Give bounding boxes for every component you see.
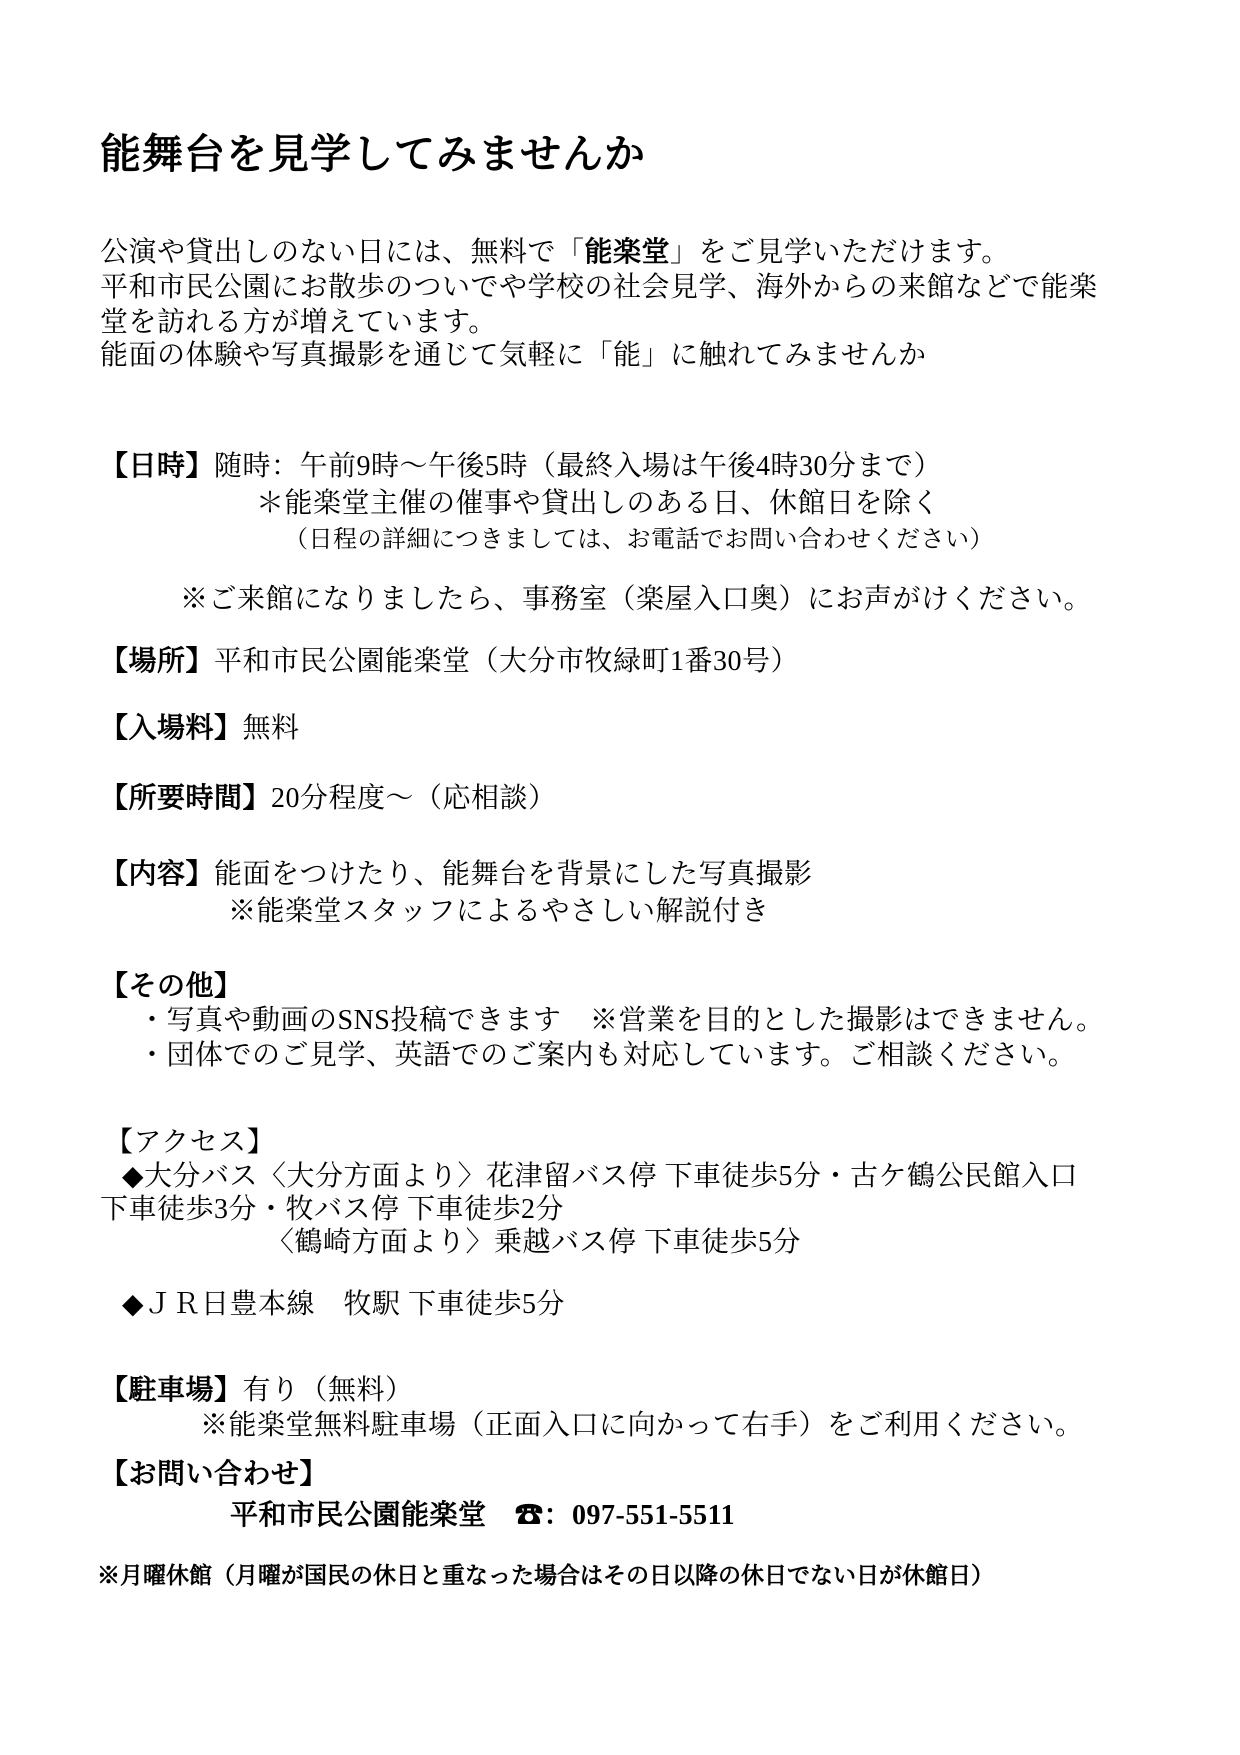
access-label: 【アクセス】 [105,1126,275,1160]
closed-day-note: ※月曜休館（月曜が国民の休日と重なった場合はその日以降の休日でない日が休館日） [97,1562,994,1590]
intro-line-1-post: 」をご見学いただけます。 [670,237,1010,268]
contact-label: 【お問い合わせ】 [100,1458,328,1492]
datetime-note-2: （日程の詳細につきましては、お電話でお問い合わせください） [284,526,994,555]
contact-name: 平和市民公園能楽堂 [230,1500,515,1531]
access-bus-1-cont: 下車徒歩3分・牧バス停 下車徒歩2分 [100,1193,564,1227]
intro-line-3: 堂を訪れる方が増えています。 [100,306,497,340]
intro-line-1: 公演や貸出しのない日には、無料で「能楽堂」をご見学いただけます。 [100,236,1010,270]
fee-label: 【入場料】 [100,713,243,744]
parking-value: 有り（無料） [243,1375,414,1406]
contact-phone: ：097-551-5511 [544,1500,736,1531]
section-datetime: 【日時】随時：午前9時～午後5時（最終入場は午後4時30分まで） [100,450,942,484]
others-item-1: ・写真や動画のSNS投稿できます ※営業を目的とした撮影はできません。 [138,1004,1105,1038]
duration-label: 【所要時間】 [100,783,271,814]
place-label: 【場所】 [100,646,214,677]
section-place: 【場所】平和市民公園能楽堂（大分市牧緑町1番30号） [100,645,799,679]
visit-note: ※ご来館になりましたら、事務室（楽屋入口奥）にお声がけください。 [180,583,1092,617]
page-title: 能舞台を見学してみませんか [100,130,646,179]
section-contents: 【内容】能面をつけたり、能舞台を背景にした写真撮影 [100,858,813,892]
intro-line-2: 平和市民公園にお散歩のついでや学校の社会見学、海外からの来館などで能楽 [100,271,1098,305]
fee-value: 無料 [243,713,300,744]
section-fee: 【入場料】無料 [100,712,300,746]
intro-line-1-pre: 公演や貸出しのない日には、無料で「 [100,237,585,268]
contact-line: 平和市民公園能楽堂 ☎：097-551-5511 [230,1499,735,1533]
phone-icon: ☎ [515,1500,544,1531]
others-label: 【その他】 [100,970,243,1004]
others-item-2: ・団体でのご見学、英語でのご案内も対応しています。ご相談ください。 [138,1039,1076,1073]
flyer-page: 能舞台を見学してみませんか 公演や貸出しのない日には、無料で「能楽堂」をご見学い… [0,0,1240,1755]
section-parking: 【駐車場】有り（無料） [100,1374,414,1408]
intro-line-1-emphasis: 能楽堂 [585,237,671,268]
access-bus-1: ◆大分バス〈大分方面より〉花津留バス停 下車徒歩5分・古ケ鶴公民館入口 [122,1160,1078,1194]
duration-value: 20分程度～（応相談） [271,783,557,814]
datetime-note-1: ＊能楽堂主催の催事や貸出しのある日、休館日を除く [256,487,940,521]
parking-label: 【駐車場】 [100,1375,243,1406]
contents-note: ※能楽堂スタッフによるやさしい解説付き [228,895,770,929]
place-value: 平和市民公園能楽堂（大分市牧緑町1番30号） [214,646,799,677]
datetime-value: 随時：午前9時～午後5時（最終入場は午後4時30分まで） [214,451,942,482]
datetime-label: 【日時】 [100,451,214,482]
contents-label: 【内容】 [100,859,214,890]
access-train: ◆ＪＲ日豊本線 牧駅 下車徒歩5分 [122,1288,565,1322]
access-bus-2: 〈鶴崎方面より〉乗越バス停 下車徒歩5分 [266,1226,801,1260]
contents-value: 能面をつけたり、能舞台を背景にした写真撮影 [214,859,813,890]
section-duration: 【所要時間】20分程度～（応相談） [100,782,557,816]
intro-line-4: 能面の体験や写真撮影を通じて気軽に「能」に触れてみませんか [100,339,927,373]
parking-note: ※能楽堂無料駐車場（正面入口に向かって右手）をご利用ください。 [200,1409,1084,1443]
